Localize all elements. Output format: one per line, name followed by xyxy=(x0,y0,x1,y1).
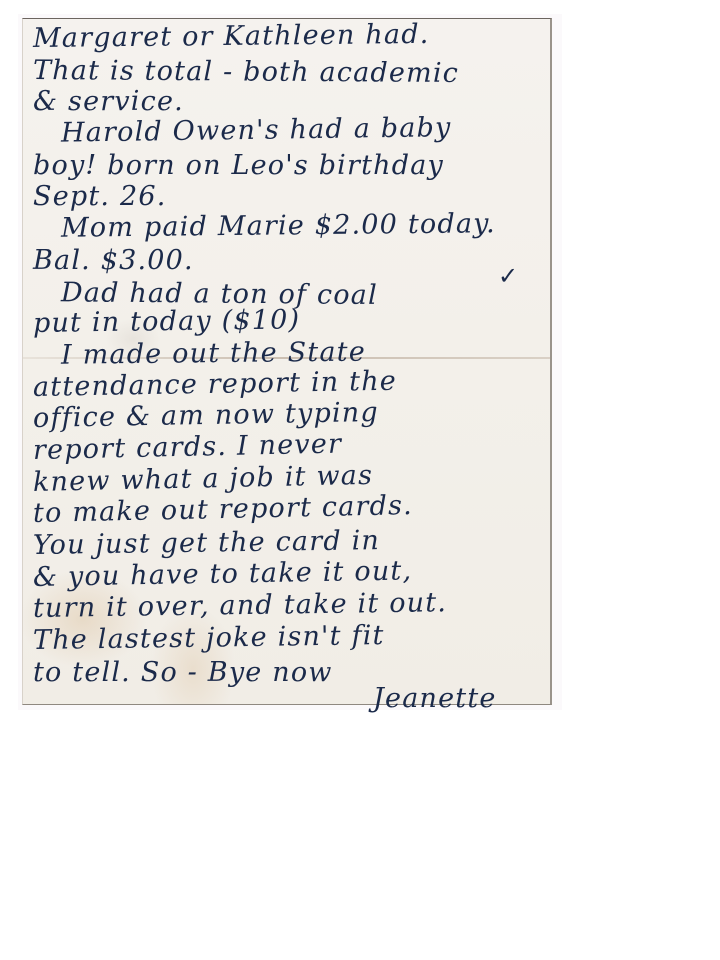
signature: Jeanette xyxy=(33,688,548,710)
letter-line: That is total - both academic xyxy=(33,55,548,90)
letter-line: Margaret or Kathleen had. xyxy=(33,18,548,55)
letter-line: Mom paid Marie $2.00 today. xyxy=(33,208,548,245)
letter-line: Bal. $3.00. xyxy=(33,245,548,277)
check-mark-icon: ✓ xyxy=(498,262,518,290)
letter-line: put in today ($10) xyxy=(33,301,548,340)
letter-line: Harold Owen's had a baby xyxy=(33,111,548,150)
letter-line: boy! born on Leo's birthday xyxy=(33,150,548,182)
handwritten-text: Margaret or Kathleen had. That is total … xyxy=(33,23,548,710)
letter-line: The lastest joke isn't fit xyxy=(33,618,548,657)
letter-page: Margaret or Kathleen had. That is total … xyxy=(22,18,552,705)
